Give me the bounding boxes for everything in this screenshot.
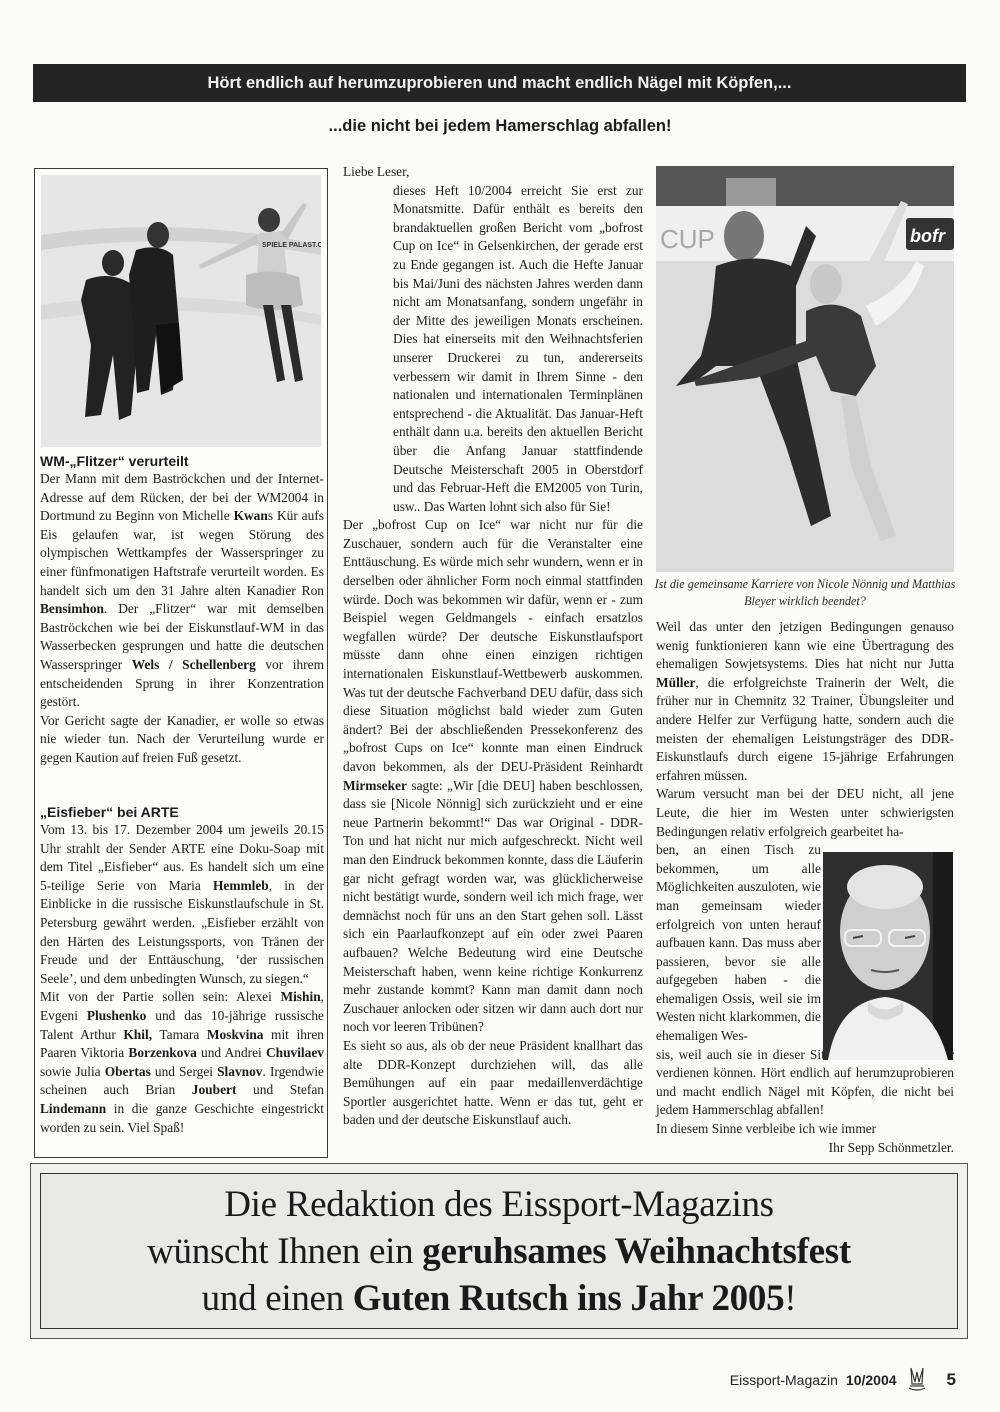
page-footer: Eissport-Magazin 10/2004 5 bbox=[730, 1366, 956, 1394]
paragraph: Vor Gericht sagte der Kanadier, er wolle… bbox=[40, 712, 324, 768]
article-title-flitzer: WM-„Flitzer“ verurteilt bbox=[40, 452, 324, 470]
pair-photo-illustration: CUP bofr bbox=[656, 166, 954, 572]
article-title-eisfieber: „Eisfieber“ bei ARTE bbox=[40, 803, 324, 821]
greeting-line-2: wünscht Ihnen ein geruhsames Weihnachtsf… bbox=[147, 1228, 851, 1275]
headline-text: Hört endlich auf herumzuprobieren und ma… bbox=[208, 74, 792, 93]
pair-skating-photo: CUP bofr bbox=[656, 166, 954, 572]
author-portrait-photo bbox=[823, 852, 953, 1060]
season-greetings-inner: Die Redaktion des Eissport-Magazins wüns… bbox=[40, 1173, 958, 1329]
svg-text:bofr: bofr bbox=[910, 226, 946, 246]
svg-text:CUP: CUP bbox=[660, 224, 715, 254]
pair-photo-caption: Ist die gemeinsame Karriere von Nicole N… bbox=[652, 576, 958, 610]
editorial-wrap-text: ben, an einen Tisch zu bekommen, um alle… bbox=[656, 841, 821, 1046]
page-number: 5 bbox=[947, 1370, 956, 1390]
portrait-illustration bbox=[823, 852, 953, 1060]
paragraph: Mit von der Partie sollen sein: Alexei M… bbox=[40, 988, 324, 1137]
paragraph: Warum versucht man bei der DEU nicht, al… bbox=[656, 785, 954, 841]
greeting-line-3: und einen Guten Rutsch ins Jahr 2005! bbox=[202, 1275, 797, 1322]
article-body-eisfieber: Vom 13. bis 17. Dezember 2004 um jeweils… bbox=[40, 821, 324, 1137]
footer-issue: 10/2004 bbox=[846, 1372, 897, 1388]
paragraph: Der Mann mit dem Baströckchen und der In… bbox=[40, 470, 324, 712]
editorial-signature: Ihr Sepp Schönmetzler. bbox=[656, 1139, 954, 1158]
paragraph: Vom 13. bis 17. Dezember 2004 um jeweils… bbox=[40, 821, 324, 988]
paragraph: Es sieht so aus, als ob der neue Präside… bbox=[343, 1037, 643, 1130]
news-sidebar-box: SPIELE PALAST.COM WM-„Flitzer“ verurteil… bbox=[34, 168, 328, 1158]
headline-banner: Hört endlich auf herumzuprobieren und ma… bbox=[33, 64, 966, 102]
paragraph: dieses Heft 10/2004 erreicht Sie erst zu… bbox=[343, 182, 643, 517]
footer-magazine-name: Eissport-Magazin bbox=[730, 1372, 838, 1388]
paragraph: Weil das unter den jetzigen Bedingungen … bbox=[656, 618, 954, 785]
greeting-line-1: Die Redaktion des Eissport-Magazins bbox=[224, 1181, 774, 1228]
season-greetings-box: Die Redaktion des Eissport-Magazins wüns… bbox=[30, 1163, 968, 1339]
editorial-column: Liebe Leser, dieses Heft 10/2004 erreich… bbox=[343, 163, 643, 1130]
svg-text:SPIELE PALAST.COM: SPIELE PALAST.COM bbox=[262, 242, 321, 249]
article-body-flitzer: Der Mann mit dem Baströckchen und der In… bbox=[40, 470, 324, 768]
editorial-closing: In diesem Sinne verbleibe ich wie immer bbox=[656, 1120, 954, 1139]
editorial-salutation: Liebe Leser, bbox=[343, 163, 643, 182]
editorial-right-body: Weil das unter den jetzigen Bedingungen … bbox=[656, 618, 954, 841]
flitzer-photo: SPIELE PALAST.COM bbox=[41, 175, 321, 447]
flitzer-photo-illustration: SPIELE PALAST.COM bbox=[41, 175, 321, 447]
paragraph: Der „bofrost Cup on Ice“ war nicht nur f… bbox=[343, 516, 643, 1037]
skate-wings-icon bbox=[905, 1366, 929, 1394]
subheadline: ...die nicht bei jedem Hamerschlag abfal… bbox=[0, 117, 1000, 136]
editorial-body: dieses Heft 10/2004 erreicht Sie erst zu… bbox=[343, 182, 643, 1130]
